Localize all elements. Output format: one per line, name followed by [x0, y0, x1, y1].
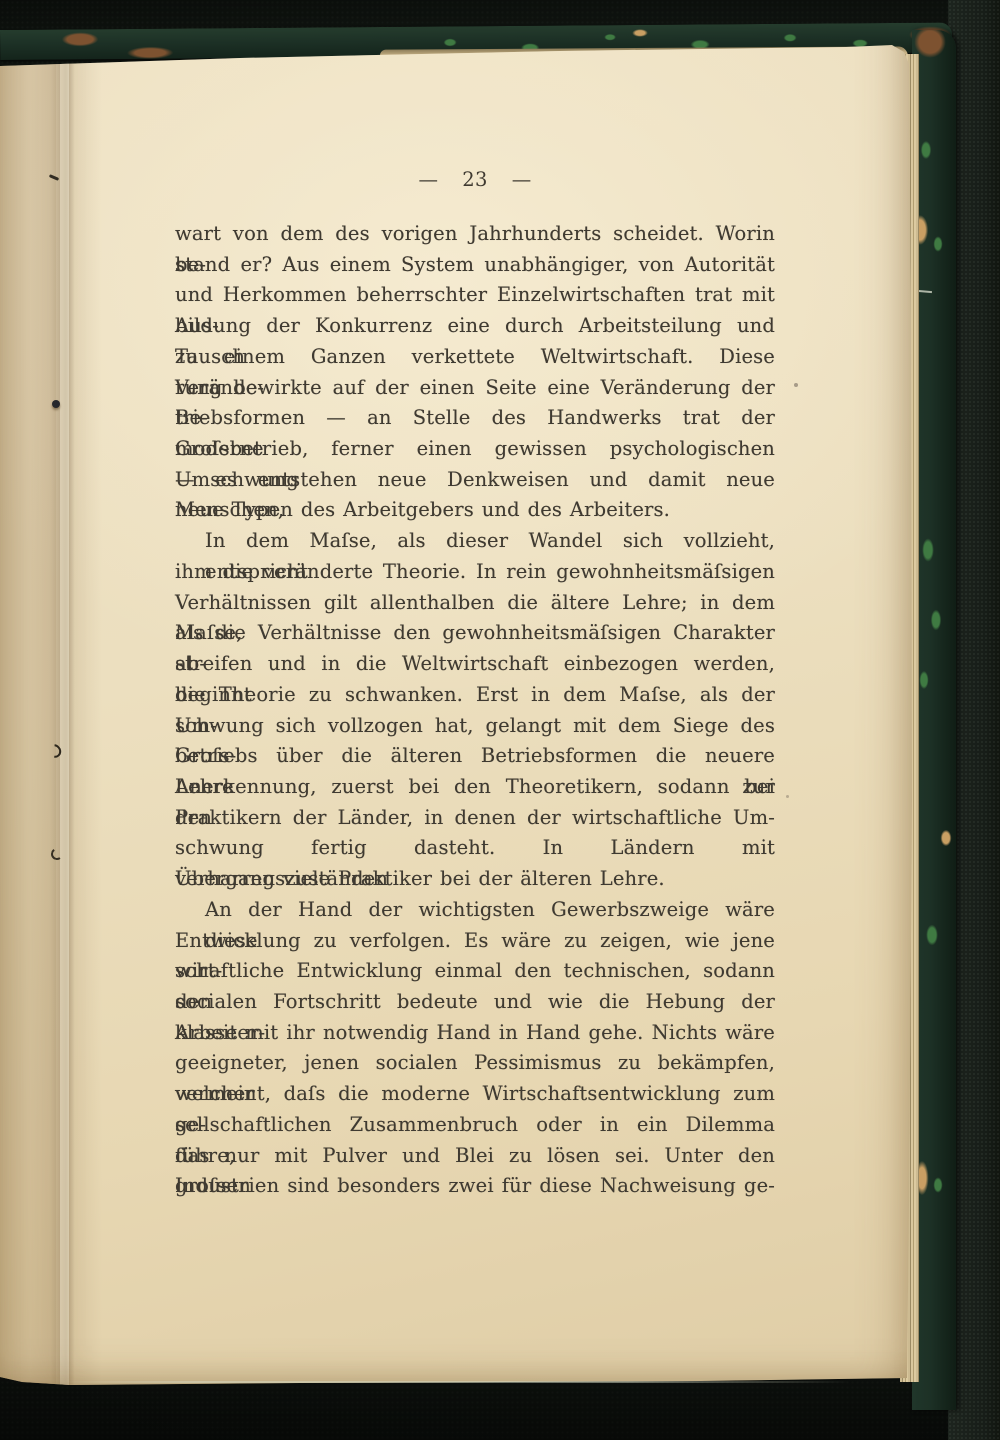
page-bottom-edge-highlight: [60, 1381, 850, 1383]
text-line: als die Verhältnisse den gewohnheitsmäſs…: [175, 618, 775, 649]
text-line: verharren viele Praktiker bei der ältere…: [175, 864, 775, 895]
text-line: und Herkommen beherrschter Einzelwirtsch…: [175, 280, 775, 311]
text-line: wart von dem des vorigen Jahrhunderts sc…: [175, 219, 775, 250]
page-number: 23: [462, 168, 487, 191]
text-line: Entwicklung zu verfolgen. Es wäre zu zei…: [175, 926, 775, 957]
book-page: —23— wart von dem des vorigen Jahrhunder…: [0, 0, 915, 1392]
text-line: Industrien sind besonders zwei für diese…: [175, 1171, 775, 1202]
text-line: schwung fertig dasteht. In Ländern mit Ü…: [175, 833, 775, 864]
text-block: wart von dem des vorigen Jahrhunderts sc…: [175, 219, 775, 1202]
text-line: sellschaftlichen Zusammenbruch oder in e…: [175, 1110, 775, 1141]
text-line: bildung der Konkurrenz eine durch Arbeit…: [175, 311, 775, 342]
text-line: In dem Maſse, als dieser Wandel sich vol…: [175, 526, 775, 557]
text-line: rung bewirkte auf der einen Seite eine V…: [175, 373, 775, 404]
text-line: Anerkennung, zuerst bei den Theoretikern…: [175, 772, 775, 803]
text-line: streifen und in die Weltwirtschaft einbe…: [175, 649, 775, 680]
header-dash-left: —: [418, 168, 438, 191]
text-line: — es entstehen neue Denkweisen und damit…: [175, 465, 775, 496]
text-line: die Theorie zu schwanken. Erst in dem Ma…: [175, 680, 775, 711]
text-line: neue Typen des Arbeitgebers und des Arbe…: [175, 495, 775, 526]
gutter-crease: [55, 0, 58, 1392]
text-line: schwung sich vollzogen hat, gelangt mit …: [175, 711, 775, 742]
text-line: zu einem Ganzen verkettete Weltwirtschaf…: [175, 342, 775, 373]
text-line: klasse mit ihr notwendig Hand in Hand ge…: [175, 1018, 775, 1049]
text-line: vermeint, daſs die moderne Wirtschaftsen…: [175, 1079, 775, 1110]
text-line: Groſsbetrieb, ferner einen gewissen psyc…: [175, 434, 775, 465]
page-header: —23—: [175, 168, 775, 191]
book-photo: —23— wart von dem des vorigen Jahrhunder…: [0, 0, 1000, 1440]
text-line: An der Hand der wichtigsten Gewerbszweig…: [175, 895, 775, 926]
text-line: stand er? Aus einem System unabhängiger,…: [175, 250, 775, 281]
sewing-mark: [52, 400, 60, 408]
gutter-crease-highlight: [60, 0, 69, 1392]
text-line: schaftliche Entwicklung einmal den techn…: [175, 956, 775, 987]
text-line: das nur mit Pulver und Blei zu lösen sei…: [175, 1141, 775, 1172]
text-line: socialen Fortschritt bedeute und wie die…: [175, 987, 775, 1018]
text-line: Verhältnissen gilt allenthalben die älte…: [175, 588, 775, 619]
paper-speck: [794, 383, 798, 387]
paper-speck: [786, 795, 789, 798]
text-line: triebsformen — an Stelle des Handwerks t…: [175, 403, 775, 434]
text-line: geeigneter, jenen socialen Pessimismus z…: [175, 1048, 775, 1079]
text-line: Praktikern der Länder, in denen der wirt…: [175, 803, 775, 834]
cover-clasp-remnant: [937, 261, 957, 324]
text-line: betriebs über die älteren Betriebsformen…: [175, 741, 775, 772]
text-line: ihm die veränderte Theorie. In rein gewo…: [175, 557, 775, 588]
header-dash-right: —: [512, 168, 532, 191]
